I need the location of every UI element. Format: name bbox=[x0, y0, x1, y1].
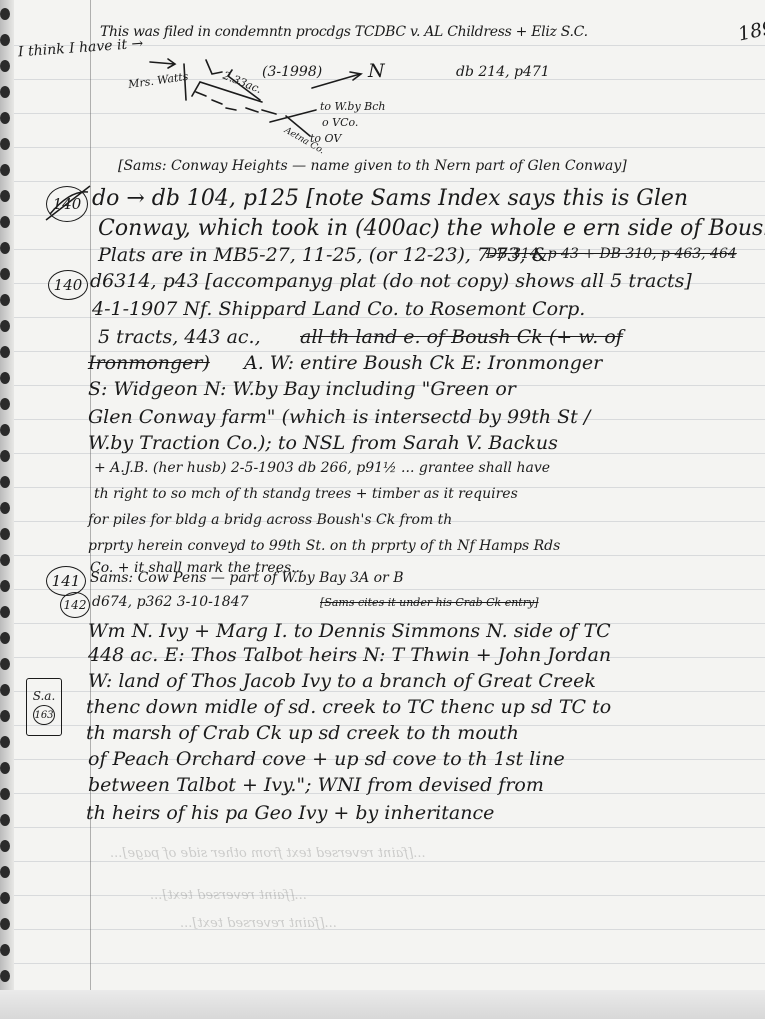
entry-line: W: land of Thos Jacob Ivy to a branch of… bbox=[88, 670, 596, 692]
binding-ring bbox=[0, 840, 10, 852]
entry-line: prprty herein conveyd to 99th St. on th … bbox=[88, 538, 560, 554]
binding-ring bbox=[0, 944, 10, 956]
sams-note: [Sams: Conway Heights — name given to th… bbox=[118, 158, 627, 174]
entry-line: thenc down midle of sd. creek to TC then… bbox=[86, 696, 611, 718]
struck-text: all th land e. of Boush Ck (+ w. of bbox=[300, 326, 623, 348]
binding-ring bbox=[0, 866, 10, 878]
binding-ring bbox=[0, 164, 10, 176]
binding-ring bbox=[0, 918, 10, 930]
entry-line: th heirs of his pa Geo Ivy + by inherita… bbox=[86, 802, 494, 824]
entry-line: Wm N. Ivy + Marg I. to Dennis Simmons N.… bbox=[88, 620, 611, 642]
binding-ring bbox=[0, 424, 10, 436]
binding-ring bbox=[0, 268, 10, 280]
binding-ring bbox=[0, 814, 10, 826]
binding-ring bbox=[0, 788, 10, 800]
binding-ring bbox=[0, 658, 10, 670]
entry-line: Conway, which took in (400ac) the whole … bbox=[98, 216, 765, 241]
notebook-page: 189 I think I have it → This was filed i… bbox=[0, 0, 765, 1019]
binding-ring bbox=[0, 346, 10, 358]
struck-text: [Sams cites it under his Crab Ck entry] bbox=[320, 596, 539, 609]
entry-line: W.by Traction Co.); to NSL from Sarah V.… bbox=[88, 432, 558, 454]
entry-line: d6314, p43 [accompanyg plat (do not copy… bbox=[90, 270, 692, 292]
struck-reference: DB 314, p 43 + DB 310, p 463, 464 bbox=[486, 246, 737, 262]
entry-line: + A.J.B. (her husb) 2-5-1903 db 266, p91… bbox=[94, 460, 550, 476]
binding-ring bbox=[0, 892, 10, 904]
binding-ring bbox=[0, 528, 10, 540]
binding-ring bbox=[0, 450, 10, 462]
entry-line: Plats are in MB5-27, 11-25, (or 12-23), … bbox=[98, 244, 549, 266]
margin-reference-box: S.a. 163 bbox=[26, 678, 62, 736]
binding-ring bbox=[0, 736, 10, 748]
binding-ring bbox=[0, 190, 10, 202]
binding-ring bbox=[0, 502, 10, 514]
margin-box-label: S.a. bbox=[33, 689, 56, 703]
entry-line: th marsh of Crab Ck up sd creek to th mo… bbox=[86, 722, 519, 744]
strikeout-scribble bbox=[40, 180, 96, 228]
entry-line: for piles for bldg a bridg across Boush'… bbox=[88, 512, 452, 528]
binding-ring bbox=[0, 398, 10, 410]
binding-ring bbox=[0, 294, 10, 306]
bleed-through-text: ...[faint reversed text from other side … bbox=[110, 846, 426, 861]
binding-ring bbox=[0, 762, 10, 774]
bleed-through-text: ...[faint reversed text]... bbox=[150, 888, 307, 903]
struck-text: Ironmonger) bbox=[88, 352, 210, 374]
entry-line: 4-1-1907 Nf. Shippard Land Co. to Rosemo… bbox=[92, 298, 585, 320]
binding-ring bbox=[0, 372, 10, 384]
binding-ring bbox=[0, 476, 10, 488]
binding-ring bbox=[0, 710, 10, 722]
binding-ring bbox=[0, 580, 10, 592]
entry-line: A. W: entire Boush Ck E: Ironmonger bbox=[244, 352, 602, 374]
entry-line: 448 ac. E: Thos Talbot heirs N: T Thwin … bbox=[88, 644, 611, 666]
binding-ring bbox=[0, 970, 10, 982]
entry-line: S: Widgeon N: W.by Bay including "Green … bbox=[88, 378, 516, 400]
entry-number: 140 bbox=[54, 276, 83, 294]
binding-ring bbox=[0, 606, 10, 618]
margin-box-number: 163 bbox=[33, 705, 55, 725]
entry-number-badge: 140 bbox=[48, 270, 88, 300]
page-bottom-edge bbox=[0, 990, 765, 1019]
binding-ring bbox=[0, 216, 10, 228]
entry-line: Glen Conway farm" (which is intersectd b… bbox=[88, 406, 590, 428]
binding-ring bbox=[0, 684, 10, 696]
binding-ring bbox=[0, 554, 10, 566]
property-sketch bbox=[0, 0, 765, 160]
binding-ring bbox=[0, 242, 10, 254]
entry-line: 5 tracts, 443 ac., bbox=[98, 326, 261, 348]
entry-number-badge: 141 bbox=[46, 566, 86, 596]
entry-line: of Peach Orchard cove + up sd cove to th… bbox=[88, 748, 565, 770]
binding-ring bbox=[0, 632, 10, 644]
entry-line: th right to so mch of th standg trees + … bbox=[94, 486, 518, 502]
entry-number: 141 bbox=[52, 572, 81, 590]
binding-ring bbox=[0, 320, 10, 332]
entry-number: 142 bbox=[64, 598, 87, 612]
entry-number-badge: 142 bbox=[60, 592, 90, 618]
entry-line: Sams: Cow Pens — part of W.by Bay 3A or … bbox=[90, 570, 404, 586]
entry-line: d674, p362 3-10-1847 bbox=[92, 594, 249, 610]
entry-line: between Talbot + Ivy."; WNI from devised… bbox=[88, 774, 544, 796]
entry-line: do → db 104, p125 [note Sams Index says … bbox=[92, 186, 688, 211]
bleed-through-text: ...[faint reversed text]... bbox=[180, 916, 337, 931]
